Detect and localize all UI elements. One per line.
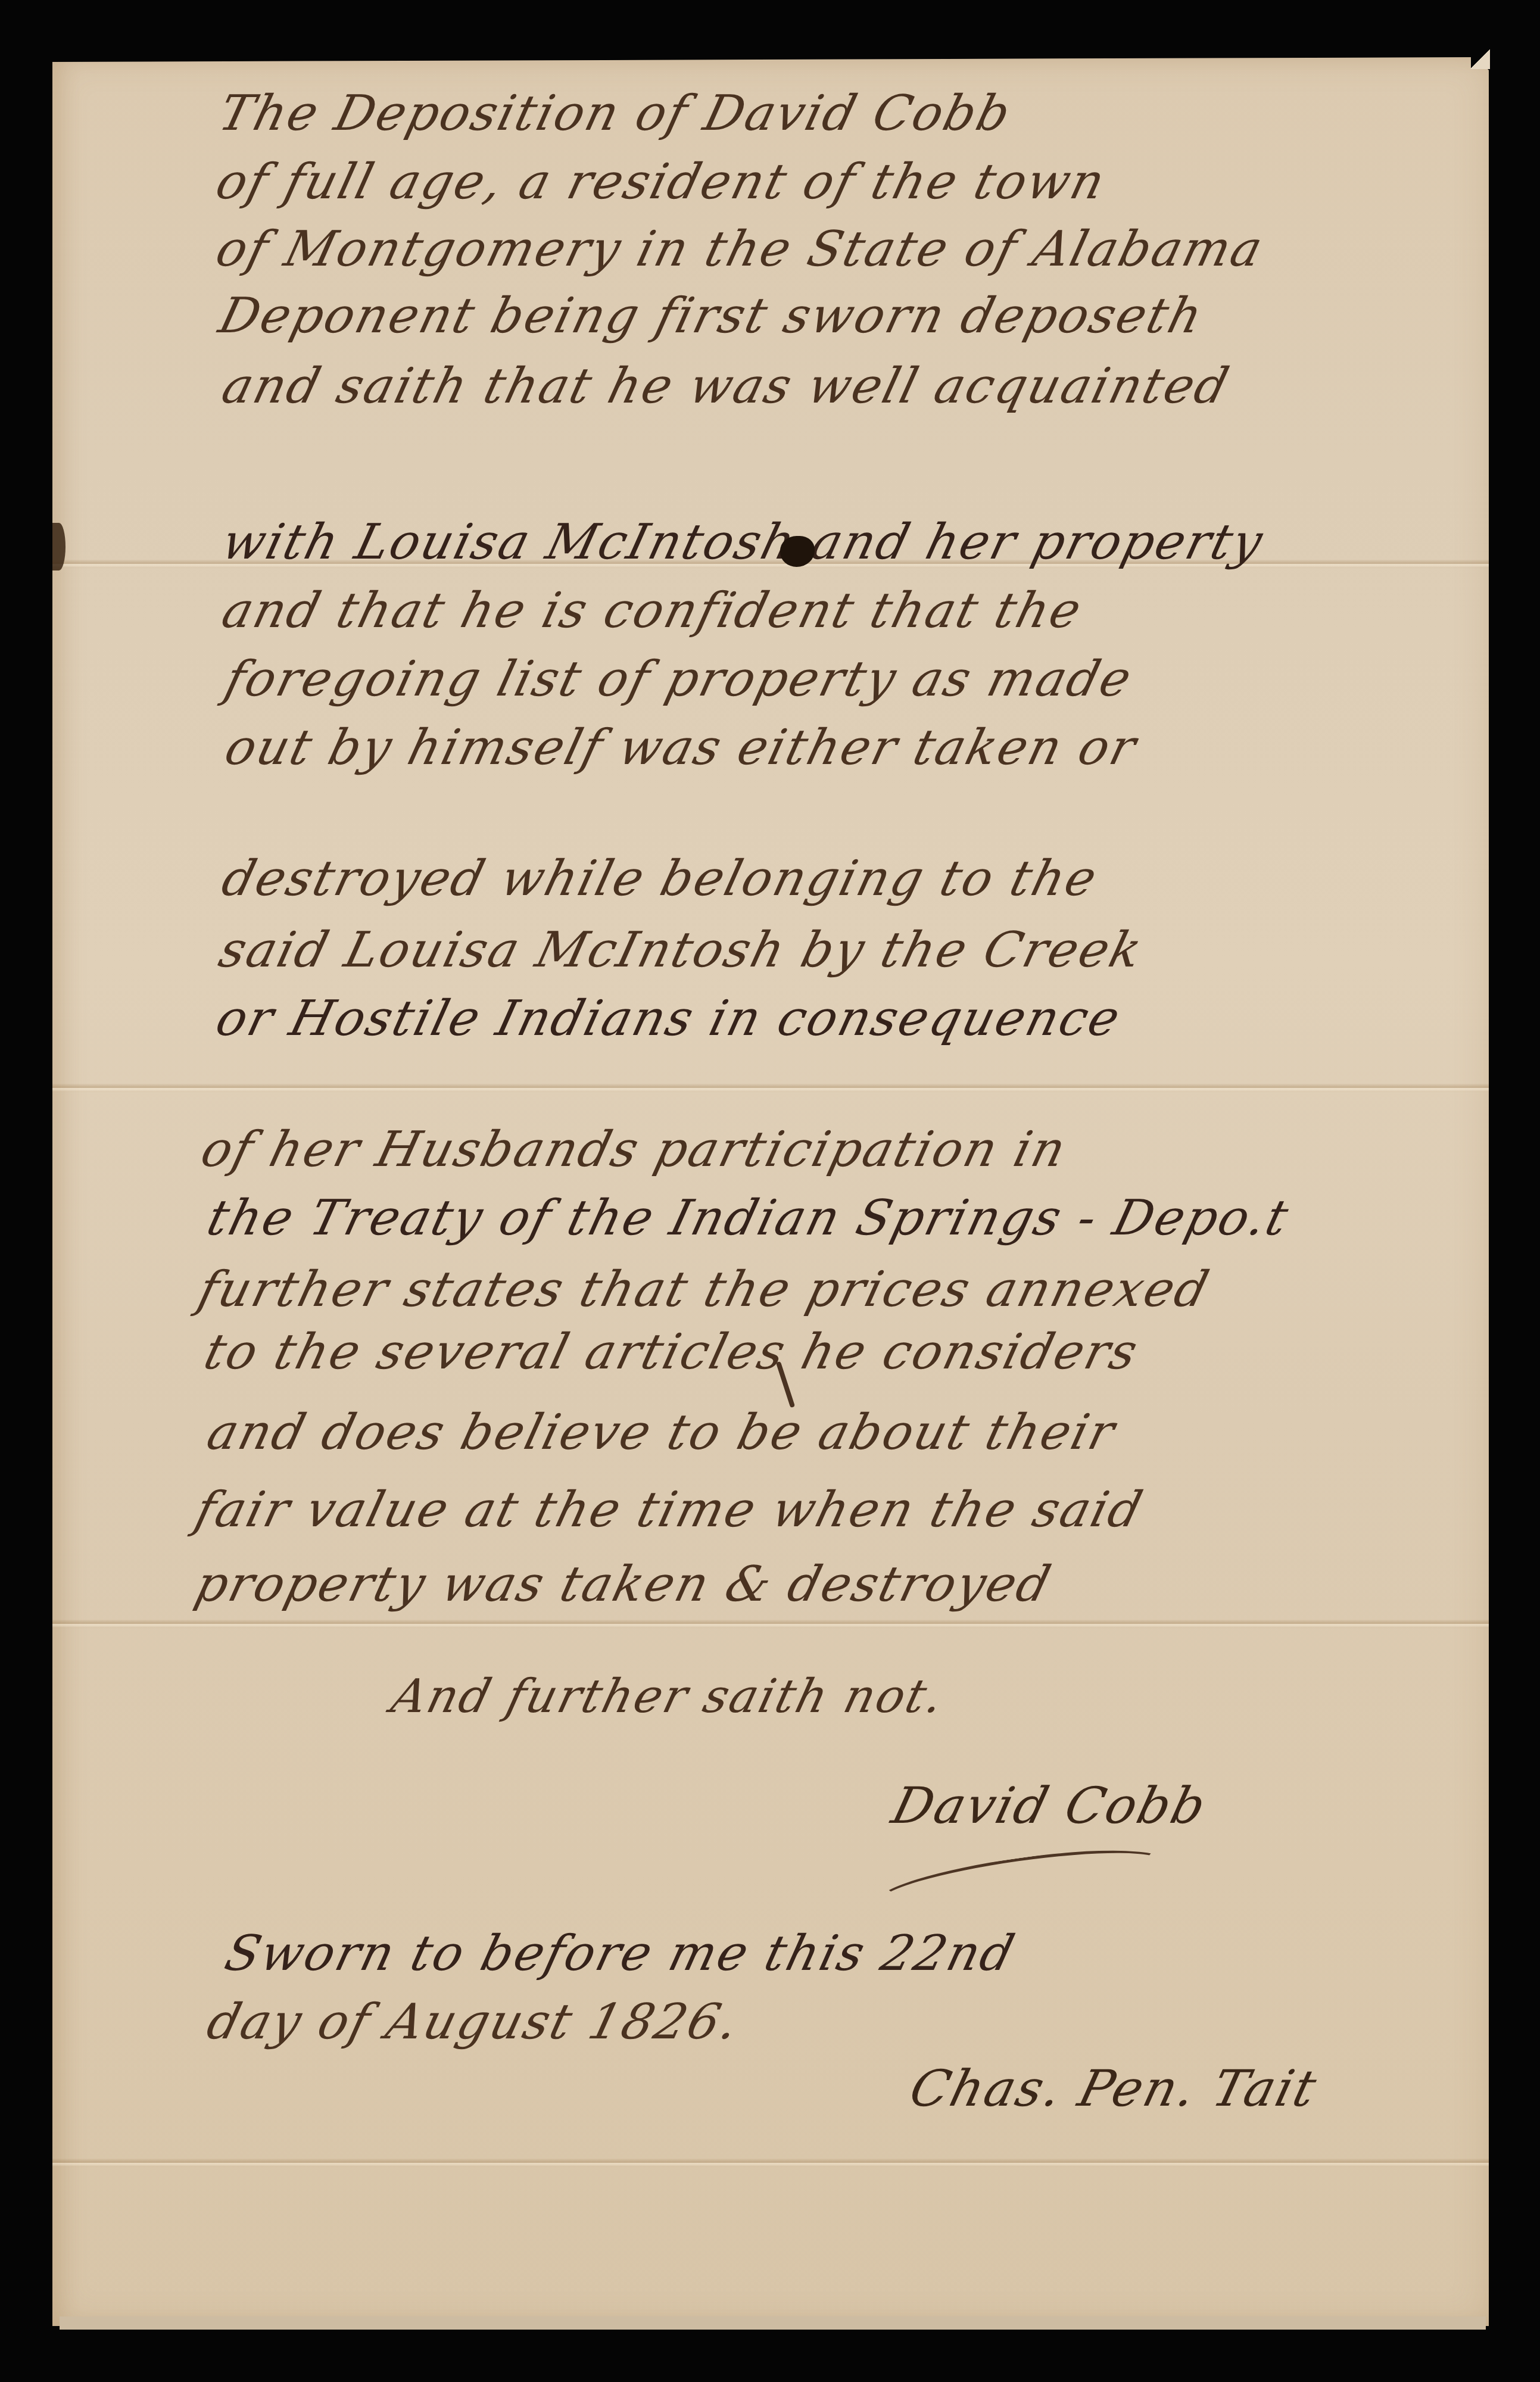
text-line-6: with Louisa McIntosh and her property bbox=[217, 518, 1268, 567]
text-line-2: of full age, a resident of the town bbox=[211, 158, 1111, 207]
text-line-13: of her Husbands participation in bbox=[197, 1125, 1072, 1174]
deponent-signature: David Cobb bbox=[887, 1781, 1212, 1831]
text-line-14: the Treaty of the Indian Springs - Depo.… bbox=[202, 1194, 1294, 1243]
text-line-4: Deponent being first sworn deposeth bbox=[214, 292, 1208, 341]
text-line-10: destroyed while belonging to the bbox=[217, 855, 1103, 903]
text-line-3: of Montgomery in the State of Alabama bbox=[211, 225, 1268, 274]
text-line-7: and that he is confident that the bbox=[217, 587, 1087, 635]
text-line-17: and does believe to be about their bbox=[202, 1408, 1121, 1457]
fold-line-2 bbox=[52, 1084, 1489, 1092]
text-line-12: or Hostile Indians in consequence bbox=[211, 994, 1126, 1043]
text-line-1: The Deposition of David Cobb bbox=[214, 89, 1017, 138]
jurat-line-2: day of August 1826. bbox=[202, 1998, 744, 2047]
text-line-19: property was taken & destroyed bbox=[191, 1560, 1056, 1609]
text-line-5: and saith that he was well acquainted bbox=[217, 362, 1235, 411]
official-signature: Chas. Pen. Tait bbox=[905, 2063, 1323, 2113]
closing-line: And further saith not. bbox=[387, 1673, 949, 1720]
text-line-18: fair value at the time when the said bbox=[191, 1486, 1148, 1535]
jurat-line-1: Sworn to before me this 22nd bbox=[220, 1929, 1020, 1978]
paper-under-sheet bbox=[60, 2316, 1486, 2330]
text-line-11: said Louisa McIntosh by the Creek bbox=[214, 926, 1148, 975]
fold-line-3 bbox=[52, 1620, 1489, 1628]
ink-stain-left-edge bbox=[52, 523, 66, 570]
text-line-16: to the several articles he considers bbox=[199, 1328, 1143, 1377]
folded-corner bbox=[1471, 49, 1490, 69]
text-line-15: further states that the prices annexed bbox=[194, 1265, 1215, 1314]
text-line-8: foregoing list of property as made bbox=[220, 655, 1137, 704]
fold-line-4 bbox=[52, 2159, 1489, 2167]
text-line-9: out by himself was either taken or bbox=[220, 724, 1142, 772]
